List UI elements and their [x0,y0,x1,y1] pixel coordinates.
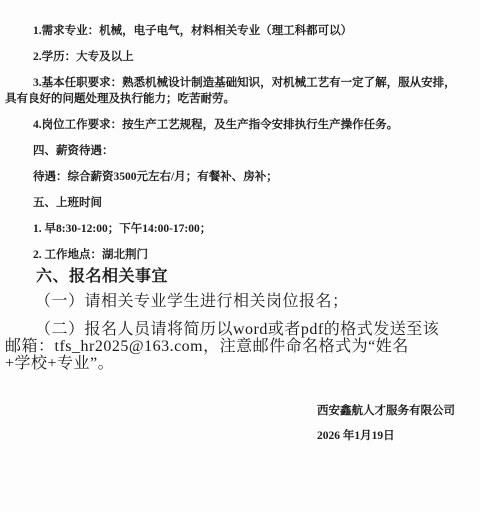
job-requirement-2: 2.学历：大专及以上 [5,49,462,65]
signature-block: 西安鑫航人才服务有限公司 2026 年1月19日 [317,403,462,444]
application-item-2-line1: （二）报名人员请将简历以word或者pdf的格式发送至该 [5,321,462,338]
application-item-2-line3: +学校+专业”。 [5,355,462,372]
work-hours: 1. 早8:30-12:00；下午14:00-17:00； [5,221,462,237]
recruitment-requirements-section: 1.需求专业：机械，电子电气，材料相关专业（理工科都可以） 2.学历：大专及以上… [5,23,462,263]
application-item-1: （一）请相关专业学生进行相关岗位报名； [5,293,462,310]
application-section: 六、报名相关事宜 （一）请相关专业学生进行相关岗位报名； （二）报名人员请将简历… [5,268,462,372]
salary-section-heading: 四、薪资待遇： [5,143,462,159]
job-requirement-4: 4.岗位工作要求：按生产工艺规程，及生产指令安排执行生产操作任务。 [5,117,462,133]
document-page: 1.需求专业：机械，电子电气，材料相关专业（理工科都可以） 2.学历：大专及以上… [0,0,480,512]
schedule-section-heading: 五、上班时间 [5,195,462,211]
job-requirement-3-line2: 具有良好的问题处理及执行能力；吃苦耐劳。 [5,91,462,107]
document-date: 2026 年1月19日 [317,428,462,444]
company-name: 西安鑫航人才服务有限公司 [317,403,462,419]
application-item-2-line2: 邮箱：tfs_hr2025@163.com，注意邮件命名格式为“姓名 [5,338,462,355]
salary-detail: 待遇：综合薪资3500元左右/月；有餐补、房补； [5,169,462,185]
job-requirement-3-line1: 3.基本任职要求：熟悉机械设计制造基础知识，对机械工艺有一定了解，服从安排， [5,75,462,91]
work-location: 2. 工作地点：湖北荆门 [5,247,462,263]
job-requirement-1: 1.需求专业：机械，电子电气，材料相关专业（理工科都可以） [5,23,462,39]
application-section-heading: 六、报名相关事宜 [5,268,462,285]
